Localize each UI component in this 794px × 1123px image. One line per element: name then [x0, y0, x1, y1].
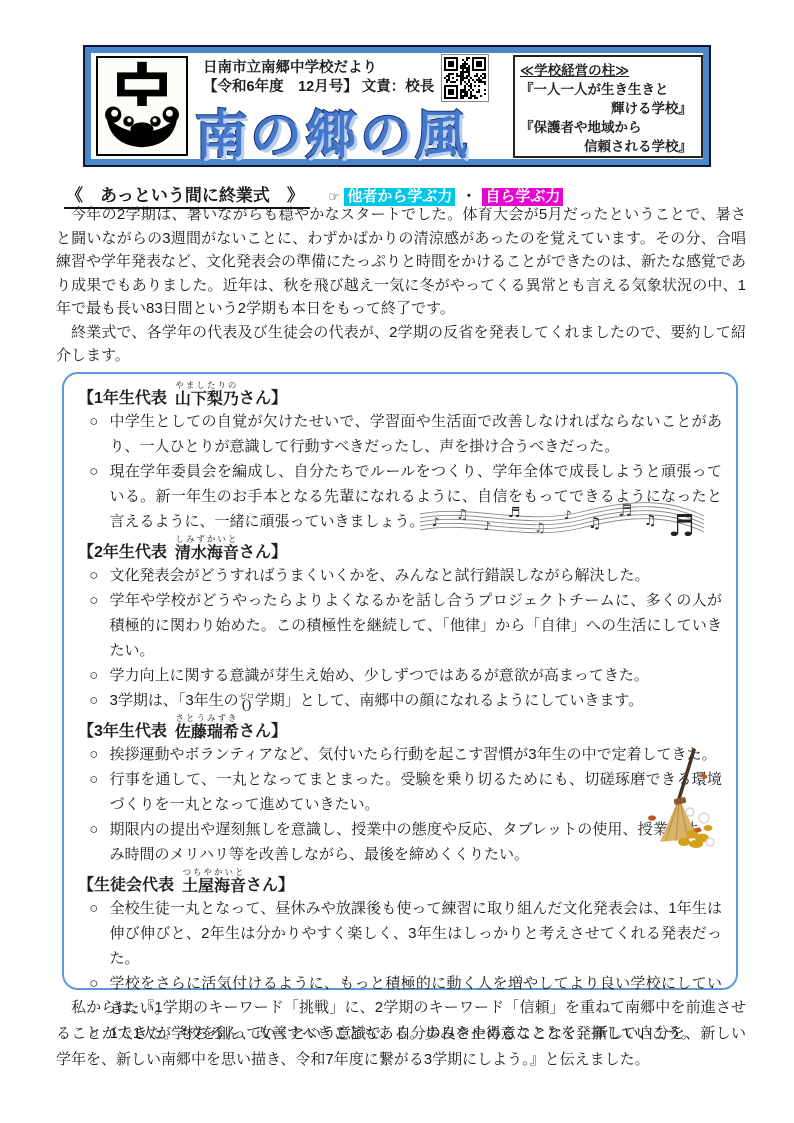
bullet-item: ○ 学年や学校がどうやったらよりよくなるかを話し合うプロジェクトチームに、多くの… [78, 588, 722, 663]
bullet-marker: ○ [78, 409, 110, 459]
bullet-item: ○ 行事を通して、一丸となってまとまった。受験を乗り切るためにも、切磋琢磨できる… [78, 767, 722, 817]
rep-role: 生徒会代表 [94, 876, 174, 896]
bullet-marker: ○ [78, 767, 110, 817]
bullet-item: ○ 期限内の提出や遅刻無しを意識し、授業中の態度や反応、タブレットの使用、授業と… [78, 817, 698, 867]
bullet-item: ○ 現在学年委員会を編成し、自分たちでルールをつくり、学年全体で成長しようと頑張… [78, 459, 722, 534]
bracket: 【 [78, 543, 94, 563]
body-paragraphs: 今年の2学期は、暑いながらも穏やかなスタートでした。体育大会が5月だったというこ… [56, 203, 746, 368]
rep-role: 3年生代表 [94, 722, 167, 742]
school-emblem-icon [96, 56, 188, 156]
policy-line: 『一人一人が生き生きと [520, 80, 696, 99]
furigana: さとうみずき [175, 714, 238, 723]
school-policy-box: ≪学校経営の柱≫ 『一人一人が生き生きと 輝ける学校』 『保護者や地域から 信頼… [513, 55, 703, 158]
rep-name-with-furigana: しみずかいと 清水海音 [175, 535, 239, 563]
furigana: つちやかいと [183, 868, 246, 877]
policy-line: 『保護者や地域から [520, 118, 696, 137]
rep-name: 山下梨乃 [175, 390, 239, 409]
newsletter-page: 日南市立南郷中学校だより 【令和6年度 12月号】 文責：校長 南の郷の風 ≪学… [0, 0, 794, 1123]
bullet-item: ○ 中学生としての自覚が欠けたせいで、学習面や生活面で改善しなければならないこと… [78, 409, 722, 459]
policy-line: 輝ける学校』 [520, 99, 696, 118]
paragraph: 終業式で、各学年の代表及び生徒会の代表が、2学期の反省を発表してくれましたので、… [56, 321, 746, 368]
closing-paragraph: 私からは、『1学期のキーワード「挑戦」に、2学期のキーワード「信頼」を重ねて南郷… [56, 995, 746, 1073]
zero-with-furigana: ゼロ０ [239, 693, 255, 713]
header-inner: 日南市立南郷中学校だより 【令和6年度 12月号】 文責：校長 南の郷の風 ≪学… [91, 53, 703, 159]
section-heading-student-council: 【 生徒会代表 つちやかいと 土屋海音 さん】 [78, 867, 722, 896]
bullet-item-with-ruby: ○ 3学期は、「3年生のゼロ０学期」として、南郷中の顔になれるようにしていきます… [78, 688, 722, 713]
bracket: さん】 [239, 722, 287, 742]
bracket: 【 [78, 876, 94, 896]
bracket: さん】 [239, 543, 287, 563]
rep-name: 佐藤瑞希 [175, 723, 239, 742]
policy-title: ≪学校経営の柱≫ [520, 61, 696, 80]
newsletter-header: 日南市立南郷中学校だより 【令和6年度 12月号】 文責：校長 南の郷の風 ≪学… [83, 45, 711, 167]
school-name-line: 日南市立南郷中学校だより [203, 59, 434, 78]
bullet-item: ○ 文化発表会がどうすればうまくいくかを、みんなと試行錯誤しながら解決した。 [78, 563, 722, 588]
header-text-lines: 日南市立南郷中学校だより 【令和6年度 12月号】 文責：校長 [203, 59, 434, 97]
representatives-box: 【 1年生代表 やましたりの 山下梨乃 さん】 ○ 中学生としての自覚が欠けたせ… [62, 372, 738, 990]
bracket: 【 [78, 722, 94, 742]
furigana: しみずかいと [175, 535, 238, 544]
qr-code [441, 54, 489, 102]
section-heading-grade1: 【 1年生代表 やましたりの 山下梨乃 さん】 [78, 380, 722, 409]
rep-role: 2年生代表 [94, 543, 167, 563]
policy-line: 信頼される学校』 [520, 137, 696, 156]
rep-name-with-furigana: やましたりの 山下梨乃 [175, 381, 239, 409]
rep-name-with-furigana: さとうみずき 佐藤瑞希 [175, 714, 239, 742]
bracket: さん】 [246, 876, 294, 896]
bullet-item: ○ 挨拶運動やボランティアなど、気付いたら行動を起こす習慣が3年生の中で定着して… [78, 742, 722, 767]
rep-name: 土屋海音 [182, 877, 246, 896]
bullet-marker: ○ [78, 742, 110, 767]
bracket: さん】 [239, 389, 287, 409]
bullet-marker: ○ [78, 896, 110, 971]
bullet-marker: ○ [78, 663, 110, 688]
rep-name: 清水海音 [175, 544, 239, 563]
pointing-hand-icon: ☞ [328, 189, 340, 204]
bullet-marker: ○ [78, 588, 110, 663]
bullet-marker: ○ [78, 817, 110, 867]
tag-separator: ・ [462, 188, 476, 204]
bracket: 【 [78, 389, 94, 409]
furigana: やましたりの [175, 381, 238, 390]
bullet-marker: ○ [78, 688, 110, 713]
section-heading-grade3: 【 3年生代表 さとうみずき 佐藤瑞希 さん】 [78, 713, 722, 742]
section-heading-grade2: 【 2年生代表 しみずかいと 清水海音 さん】 [78, 534, 722, 563]
bullet-item: ○ 全校生徒一丸となって、昼休みや放課後も使って練習に取り組んだ文化発表会は、1… [78, 896, 722, 971]
bullet-marker: ○ [78, 563, 110, 588]
rep-role: 1年生代表 [94, 389, 167, 409]
bullet-marker: ○ [78, 459, 110, 534]
rep-name-with-furigana: つちやかいと 土屋海音 [182, 868, 246, 896]
paragraph: 今年の2学期は、暑いながらも穏やかなスタートでした。体育大会が5月だったというこ… [56, 203, 746, 321]
bullet-item: ○ 学力向上に関する意識が芽生え始め、少しずつではあるが意欲が高まってきた。 [78, 663, 722, 688]
newsletter-title: 南の郷の風 [195, 93, 470, 168]
